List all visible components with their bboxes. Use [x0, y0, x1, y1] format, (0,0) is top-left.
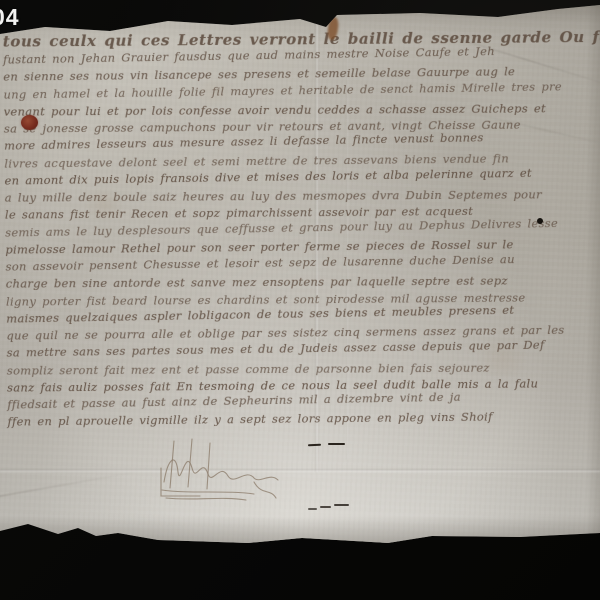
worm-hole [537, 218, 543, 224]
notary-signature [158, 438, 308, 513]
manuscript-line: ffen en pl aprouelle vigmille ilz y a se… [7, 410, 492, 429]
manuscript-line: sompliz seront fait mez ent et passe com… [7, 360, 490, 377]
parchment-document: tous ceulx qui ces Lettres verront le ba… [0, 0, 600, 600]
seal-slit-4 [320, 506, 331, 508]
manuscript-line: a luy mille denz boule saiz heures au lu… [5, 187, 542, 204]
seal-slit-3 [308, 508, 317, 510]
seal-slit-5 [334, 504, 349, 506]
seal-slit-2 [328, 443, 345, 445]
manuscript-line: venant pour lui et por lois confesse avo… [4, 101, 546, 118]
red-wax-seal-dot [21, 115, 38, 130]
watermark-text: 04 [0, 4, 20, 31]
manuscript-line: charge ben sine antorde est sanve mez en… [6, 274, 508, 291]
photo-stage: tous ceulx qui ces Lettres verront le ba… [0, 0, 600, 600]
